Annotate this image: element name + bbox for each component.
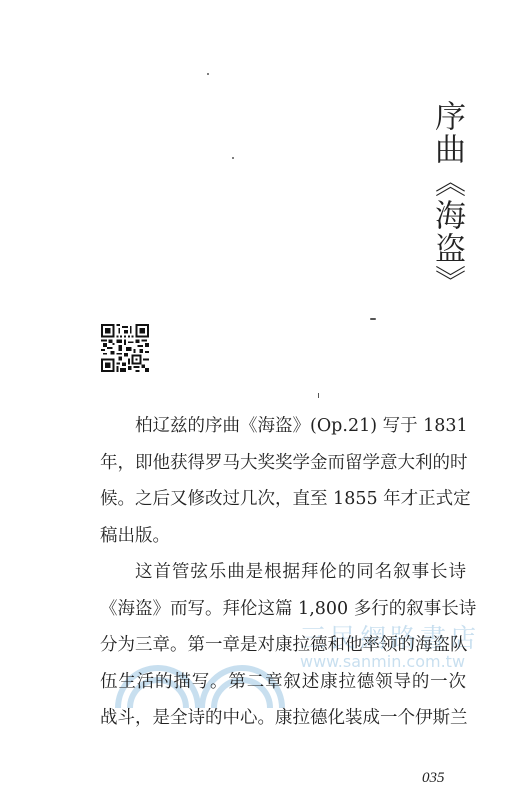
text-line: 稿出版。	[100, 518, 466, 555]
text-line: 年，即他获得罗马大奖奖学金而留学意大利的时	[100, 445, 466, 482]
text-line: 分为三章。第一章是对康拉德和他率领的海盗队	[100, 627, 466, 664]
text-line: 候。之后又修改过几次，直至 1855 年才正式定	[100, 481, 466, 518]
book-page: 序曲《海盗》	[0, 0, 520, 800]
qr-code-icon	[101, 324, 149, 372]
paragraph-1: 柏辽兹的序曲《海盗》(Op.21) 写于 1831 年，即他获得罗马大奖奖学金而…	[100, 408, 466, 554]
scan-speck	[370, 318, 376, 320]
scan-speck	[207, 73, 209, 75]
page-number: 035	[422, 770, 445, 787]
paragraph-2: 这首管弦乐曲是根据拜伦的同名叙事长诗 《海盗》而写。拜伦这篇 1,800 多行的…	[100, 554, 466, 737]
text-line: 伍生活的描写。第二章叙述康拉德领导的一次	[100, 664, 466, 701]
section-title: 序曲《海盗》	[418, 100, 462, 298]
text-line: 这首管弦乐曲是根据拜伦的同名叙事长诗	[100, 554, 466, 591]
body-text: 柏辽兹的序曲《海盗》(Op.21) 写于 1831 年，即他获得罗马大奖奖学金而…	[100, 408, 466, 737]
text-line: 柏辽兹的序曲《海盗》(Op.21) 写于 1831	[100, 408, 466, 445]
scan-speck	[232, 157, 234, 159]
text-line: 战斗，是全诗的中心。康拉德化装成一个伊斯兰	[100, 700, 466, 737]
scan-speck	[318, 393, 319, 398]
text-line: 《海盗》而写。拜伦这篇 1,800 多行的叙事长诗	[100, 591, 466, 628]
